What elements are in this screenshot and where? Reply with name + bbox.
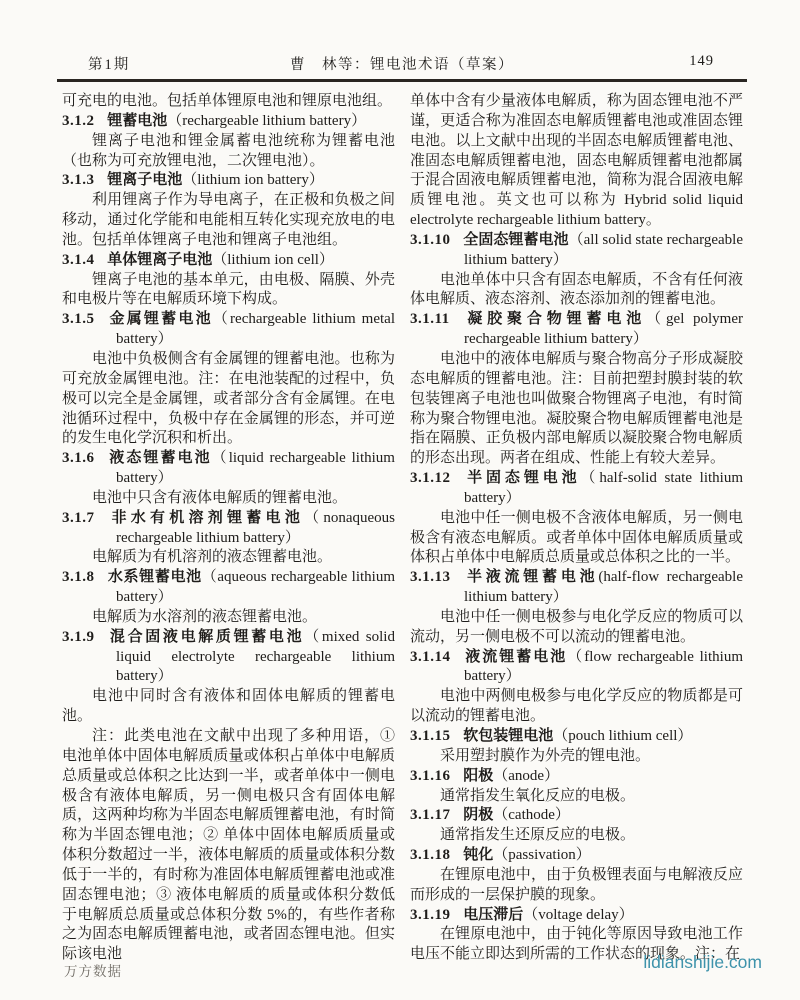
term-chinese: 液态锂蓄电池	[107, 450, 211, 466]
term-chinese: 半固态锂电池	[463, 470, 580, 486]
term-number: 3.1.16	[410, 768, 451, 784]
journal-issue: 第1期	[88, 53, 130, 74]
term-number: 3.1.15	[410, 728, 451, 744]
header-rule	[57, 79, 747, 82]
definition-paragraph: 通常指发生还原反应的电极。	[410, 826, 743, 846]
term-entry: 3.1.16阳极（anode）	[410, 767, 743, 787]
definition-paragraph: 电池中负极侧含有金属锂的锂蓄电池。也称为可充放金属锂电池。注：在电池装配的过程中…	[62, 350, 395, 449]
term-english: （rechargeable lithium battery）	[167, 113, 366, 129]
term-number: 3.1.6	[62, 450, 95, 466]
term-entry: 3.1.19电压滞后（voltage delay）	[410, 906, 743, 926]
term-entry: 3.1.4单体锂离子电池（lithium ion cell）	[62, 251, 395, 271]
definition-paragraph: 电池单体中只含有固态电解质，不含有任何液体电解质、液态溶剂、液态添加剂的锂蓄电池…	[410, 271, 743, 311]
column-right: 单体中含有少量液体电解质，称为固态锂电池不严谨，更适合称为准固态电解质锂蓄电池或…	[410, 92, 743, 965]
term-entry: 3.1.11凝胶聚合物锂蓄电池（gel polymer rechargeable…	[410, 310, 743, 350]
term-chinese: 单体锂离子电池	[107, 252, 212, 268]
continuation-paragraph: 可充电的电池。包括单体锂原电池和锂原电池组。	[62, 92, 395, 112]
term-english: （anode）	[493, 768, 559, 784]
page-header: 第1期 曹 林等：锂电池术语（草案） 149	[58, 53, 746, 75]
term-chinese: 全固态锂蓄电池	[463, 232, 568, 248]
scanned-journal-page: 第1期 曹 林等：锂电池术语（草案） 149 可充电的电池。包括单体锂原电池和锂…	[0, 0, 800, 1000]
term-chinese: 锂离子电池	[107, 172, 182, 188]
term-english: （lithium ion battery）	[182, 172, 324, 188]
definition-paragraph: 电池中同时含有液体和固体电解质的锂蓄电池。	[62, 687, 395, 727]
term-number: 3.1.9	[62, 629, 95, 645]
term-entry: 3.1.9混合固液电解质锂蓄电池（mixed solid liquid elec…	[62, 628, 395, 688]
term-chinese: 混合固液电解质锂蓄电池	[107, 629, 304, 645]
term-entry: 3.1.6液态锂蓄电池（liquid rechargeable lithium …	[62, 449, 395, 489]
term-english: （pouch lithium cell）	[553, 728, 692, 744]
definition-paragraph: 在锂原电池中，由于负极锂表面与电解液反应而形成的一层保护膜的现象。	[410, 866, 743, 906]
term-number: 3.1.5	[62, 311, 95, 327]
term-entry: 3.1.3锂离子电池（lithium ion battery）	[62, 171, 395, 191]
term-chinese: 液流锂蓄电池	[463, 649, 567, 665]
term-number: 3.1.18	[410, 847, 451, 863]
page-footer: 万方数据 lidianshijie.com	[62, 950, 762, 980]
term-entry: 3.1.15软包装锂电池（pouch lithium cell）	[410, 727, 743, 747]
definition-paragraph: 电池中只含有液体电解质的锂蓄电池。	[62, 489, 395, 509]
term-english: （voltage delay）	[523, 907, 633, 923]
term-entry: 3.1.18钝化（passivation）	[410, 846, 743, 866]
definition-paragraph: 利用锂离子作为导电离子，在正极和负极之间移动，通过化学能和电能相互转化实现充放电…	[62, 191, 395, 251]
page-number: 149	[689, 53, 714, 70]
definition-paragraph: 通常指发生氧化反应的电极。	[410, 787, 743, 807]
term-number: 3.1.19	[410, 907, 451, 923]
site-watermark: lidianshijie.com	[643, 952, 762, 973]
term-chinese: 电压滞后	[463, 907, 523, 923]
column-left: 可充电的电池。包括单体锂原电池和锂原电池组。3.1.2锂蓄电池（recharge…	[62, 92, 395, 965]
running-title: 曹 林等：锂电池术语（草案）	[290, 53, 514, 74]
term-entry: 3.1.14液流锂蓄电池（flow rechargeable lithium b…	[410, 648, 743, 688]
definition-paragraph: 电解质为有机溶剂的液态锂蓄电池。	[62, 548, 395, 568]
term-entry: 3.1.5金属锂蓄电池（rechargeable lithium metal b…	[62, 310, 395, 350]
term-entry: 3.1.10全固态锂蓄电池（all solid state rechargeab…	[410, 231, 743, 271]
term-chinese: 阴极	[463, 807, 493, 823]
term-entry: 3.1.8水系锂蓄电池（aqueous rechargeable lithium…	[62, 568, 395, 608]
definition-paragraph: 锂离子电池和锂金属蓄电池统称为锂蓄电池（也称为可充放锂电池，二次锂电池）。	[62, 132, 395, 172]
term-chinese: 锂蓄电池	[107, 113, 167, 129]
term-english: （passivation）	[493, 847, 591, 863]
term-number: 3.1.14	[410, 649, 451, 665]
term-chinese: 软包装锂电池	[463, 728, 553, 744]
definition-paragraph: 注：此类电池在文献中出现了多种用语，① 电池单体中固体电解质质量或体积占单体中电…	[62, 727, 395, 965]
definition-paragraph: 电池中任一侧电极不含液体电解质，另一侧电极含有液态电解质。或者单体中固体电解质质…	[410, 509, 743, 569]
definition-paragraph: 电解质为水溶剂的液态锂蓄电池。	[62, 608, 395, 628]
term-english: （cathode）	[493, 807, 570, 823]
term-number: 3.1.7	[62, 510, 95, 526]
term-chinese: 金属锂蓄电池	[107, 311, 213, 327]
term-chinese: 凝胶聚合物锂蓄电池	[462, 311, 646, 327]
term-number: 3.1.3	[62, 172, 95, 188]
term-number: 3.1.10	[410, 232, 451, 248]
term-chinese: 非水有机溶剂锂蓄电池	[107, 510, 304, 526]
term-number: 3.1.17	[410, 807, 451, 823]
continuation-paragraph: 单体中含有少量液体电解质，称为固态锂电池不严谨，更适合称为准固态电解质锂蓄电池或…	[410, 92, 743, 231]
term-number: 3.1.4	[62, 252, 95, 268]
term-chinese: 钝化	[463, 847, 493, 863]
definition-paragraph: 电池中两侧电极参与电化学反应的物质都是可以流动的锂蓄电池。	[410, 687, 743, 727]
term-number: 3.1.11	[410, 311, 450, 327]
term-chinese: 半液流锂蓄电池	[463, 569, 598, 585]
definition-paragraph: 电池中的液体电解质与聚合物高分子形成凝胶态电解质的锂蓄电池。注：目前把塑封膜封装…	[410, 350, 743, 469]
term-number: 3.1.8	[62, 569, 95, 585]
term-chinese: 阳极	[463, 768, 493, 784]
wanfang-watermark: 万方数据	[64, 960, 122, 980]
definition-paragraph: 电池中任一侧电极参与电化学反应的物质可以流动，另一侧电极不可以流动的锂蓄电池。	[410, 608, 743, 648]
term-number: 3.1.2	[62, 113, 95, 129]
term-entry: 3.1.2锂蓄电池（rechargeable lithium battery）	[62, 112, 395, 132]
term-number: 3.1.13	[410, 569, 451, 585]
content-columns: 可充电的电池。包括单体锂原电池和锂原电池组。3.1.2锂蓄电池（recharge…	[62, 92, 744, 965]
term-entry: 3.1.12半固态锂电池（half-solid state lithium ba…	[410, 469, 743, 509]
term-entry: 3.1.17阴极（cathode）	[410, 806, 743, 826]
term-number: 3.1.12	[410, 470, 451, 486]
term-entry: 3.1.7非水有机溶剂锂蓄电池（nonaqueous rechargeable …	[62, 509, 395, 549]
term-chinese: 水系锂蓄电池	[107, 569, 202, 585]
definition-paragraph: 采用塑封膜作为外壳的锂电池。	[410, 747, 743, 767]
term-entry: 3.1.13半液流锂蓄电池(half-flow rechargeable lit…	[410, 568, 743, 608]
term-english: （lithium ion cell）	[212, 252, 334, 268]
definition-paragraph: 锂离子电池的基本单元，由电极、隔膜、外壳和电极片等在电解质环境下构成。	[62, 271, 395, 311]
